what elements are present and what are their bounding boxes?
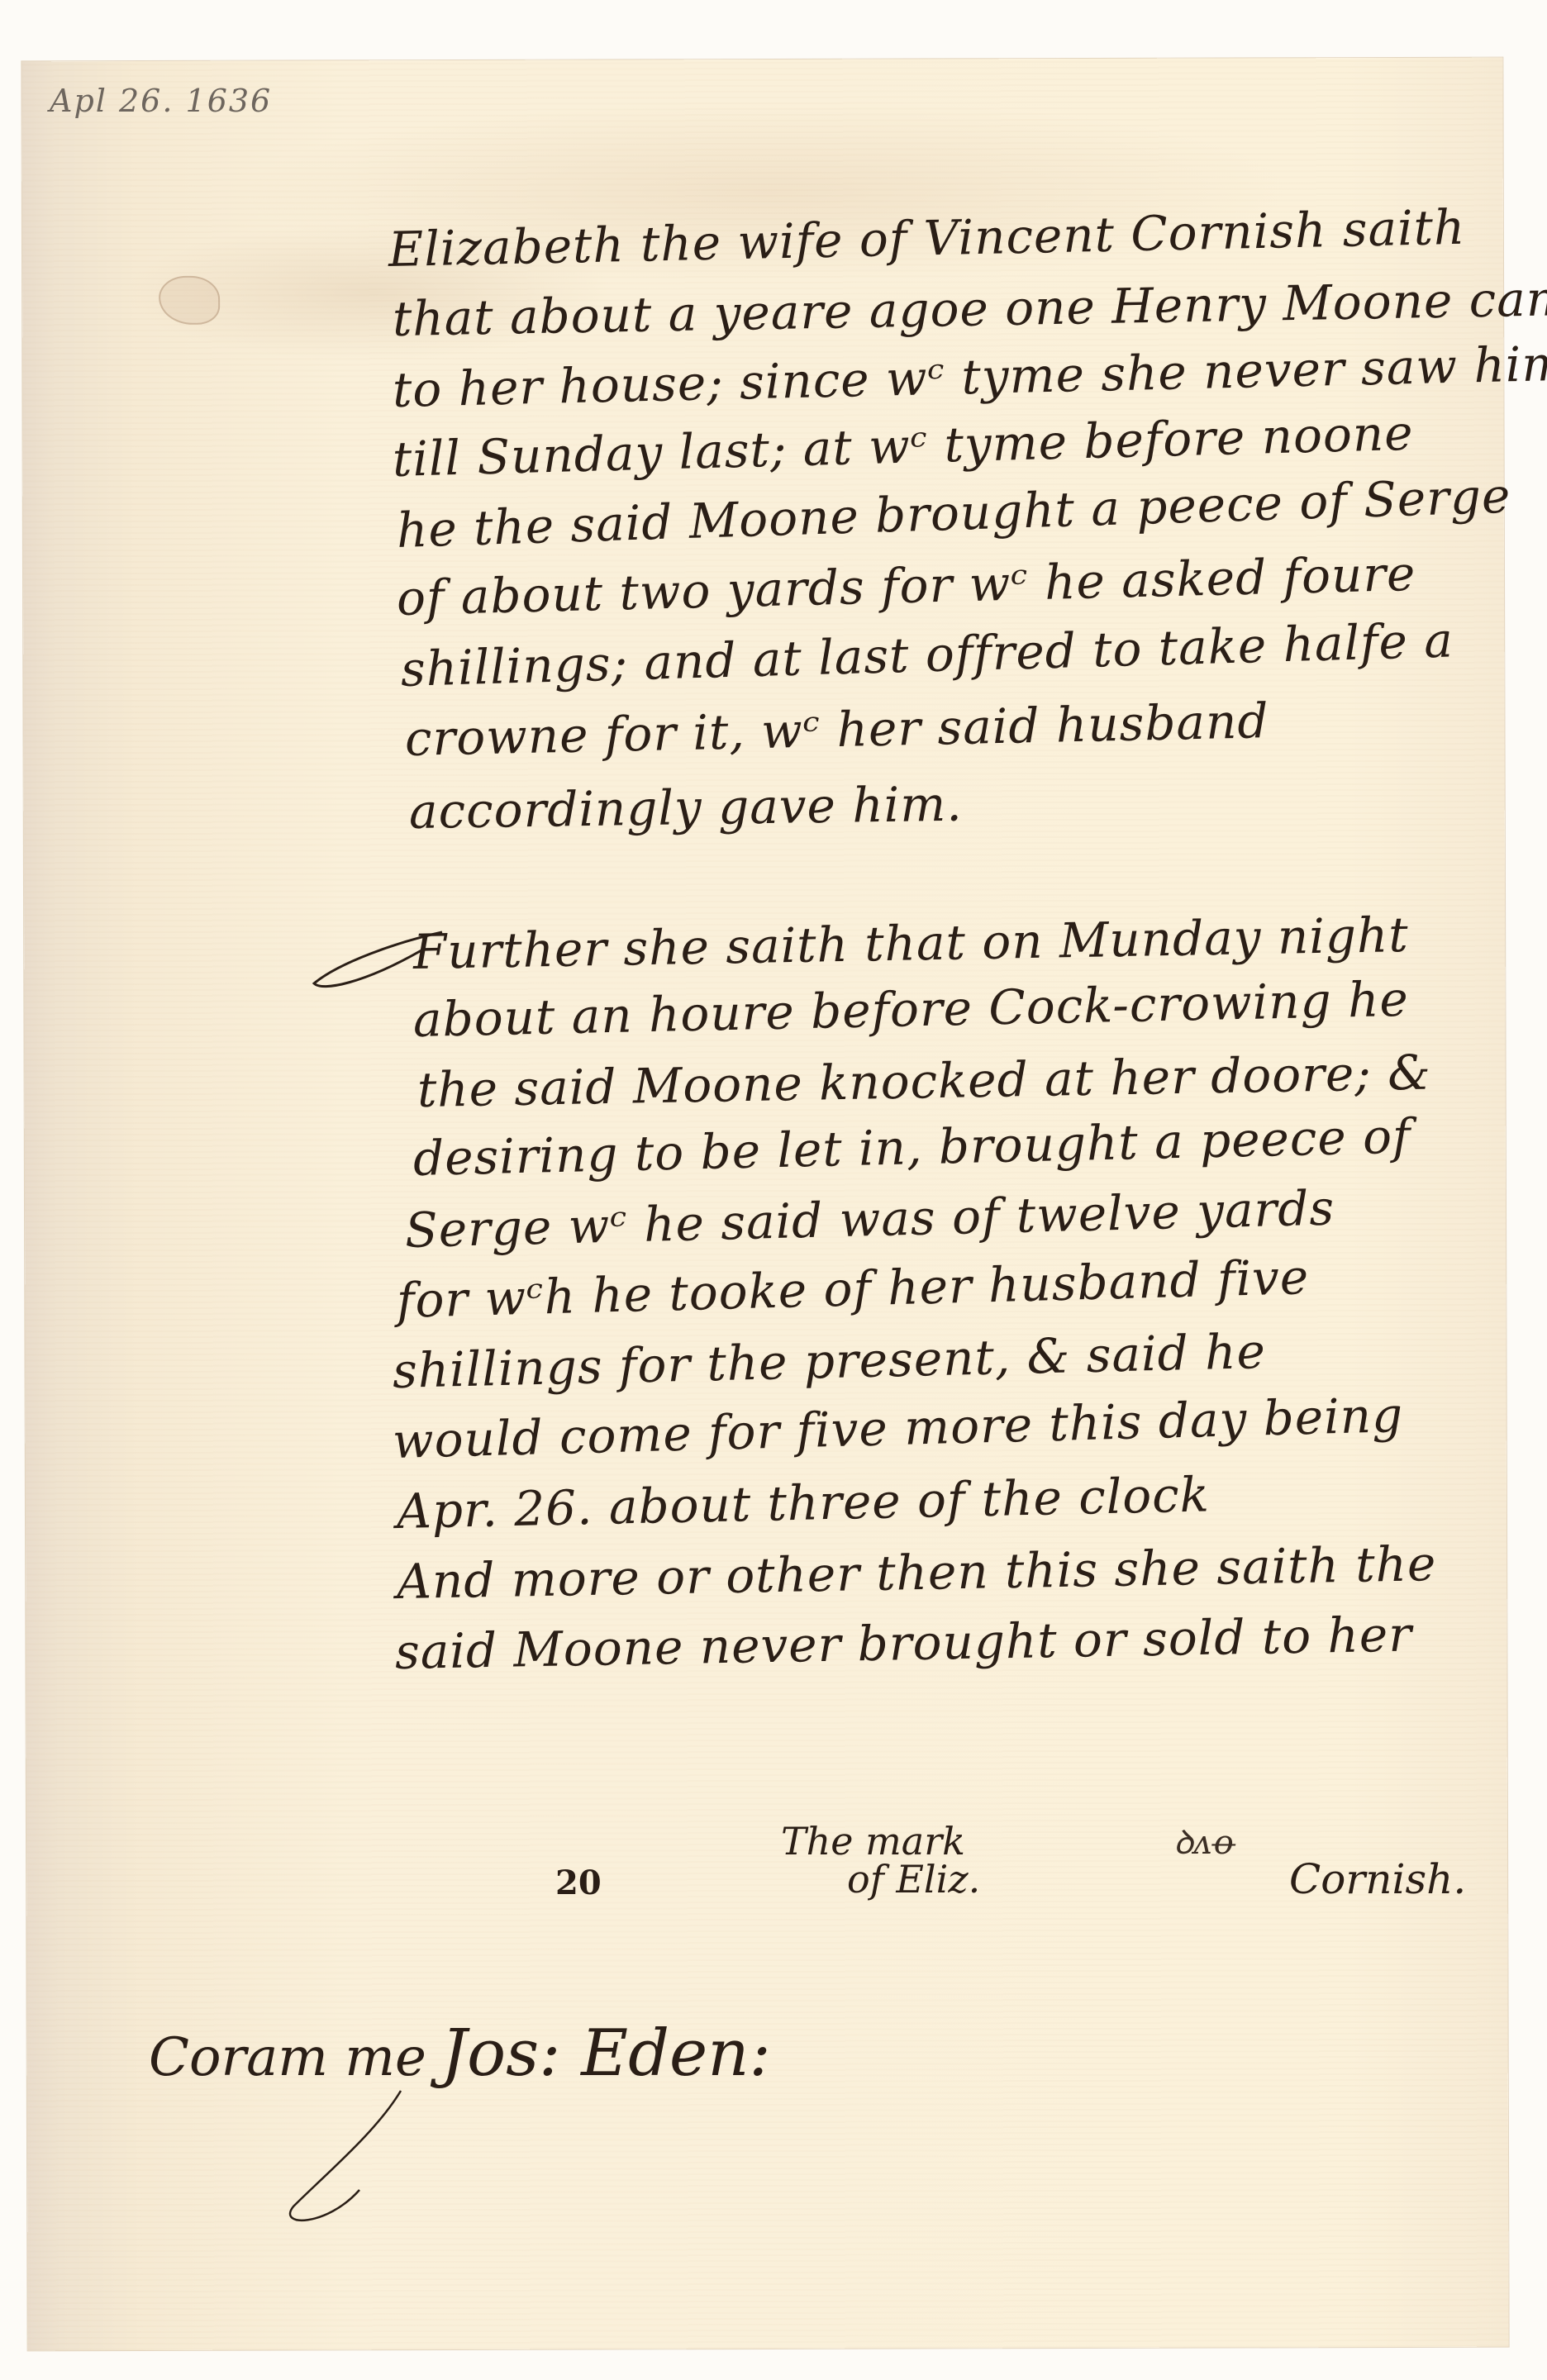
page-number: 20 — [555, 1864, 602, 1902]
attestation-prefix: Coram me — [149, 2027, 426, 2088]
signatory-mark-glyph: ꝺᴧꝋ — [1173, 1818, 1235, 1864]
paper-stain — [159, 276, 220, 325]
signature-flourish-icon — [277, 2082, 409, 2231]
justice-signature: Jos: Eden: — [441, 2016, 771, 2091]
mark-label-line1: The mark — [781, 1822, 980, 1860]
signatory-surname: Cornish. — [1289, 1855, 1466, 1903]
docket-date-note: Apl 26. 1636 — [50, 83, 272, 119]
mark-label-line2: of Eliz. — [847, 1860, 980, 1898]
deposition-line: accordingly gave him. — [409, 776, 964, 840]
mark-label: The mark of Eliz. — [781, 1822, 980, 1898]
attestation: Coram meJos: Eden: — [149, 2016, 771, 2091]
